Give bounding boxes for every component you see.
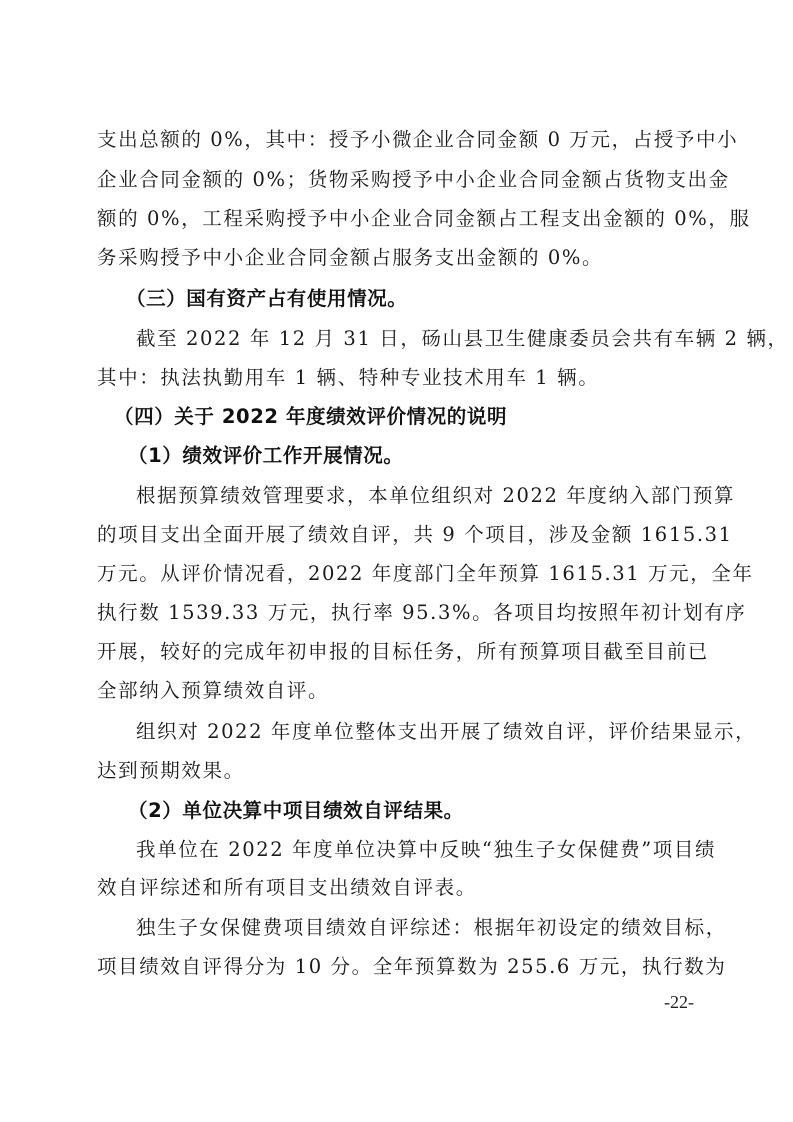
- body-text-line: 我单位在 2022 年度单位决算中反映“独生子女保健费”项目绩: [136, 837, 713, 863]
- body-text-line: 额的 0%，工程采购授予中小企业合同金额占工程支出金额的 0%，服: [97, 206, 713, 232]
- document-page: 支出总额的 0%，其中：授予小微企业合同金额 0 万元，占授予中小 企业合同金额…: [0, 0, 793, 1122]
- body-text-line: 企业合同金额的 0%；货物采购授予中小企业合同金额占货物支出金: [97, 167, 713, 193]
- body-text-line: 务采购授予中小企业合同金额占服务支出金额的 0%。: [97, 245, 713, 271]
- subsection-heading-2: （2）单位决算中项目绩效自评结果。: [128, 798, 744, 824]
- body-text-line: 根据预算绩效管理要求，本单位组织对 2022 年度纳入部门预算: [136, 483, 713, 509]
- body-text-line: 效自评综述和所有项目支出绩效自评表。: [97, 875, 713, 901]
- body-text-line: 独生子女保健费项目绩效自评综述：根据年初设定的绩效目标，: [136, 915, 713, 941]
- body-text-line: 开展，较好的完成年初申报的目标任务，所有预算项目截至目前已: [97, 639, 713, 665]
- section-heading-4: （四）关于 2022 年度绩效评价情况的说明: [114, 404, 730, 430]
- subsection-heading-1: （1）绩效评价工作开展情况。: [128, 443, 744, 469]
- body-text-line: 执行数 1539.33 万元，执行率 95.3%。各项目均按照年初计划有序: [97, 600, 713, 626]
- body-text-line: 万元。从评价情况看，2022 年度部门全年预算 1615.31 万元，全年: [97, 561, 713, 587]
- page-number: -22-: [664, 992, 694, 1013]
- body-text-line: 组织对 2022 年度单位整体支出开展了绩效自评，评价结果显示，: [136, 719, 713, 745]
- body-text-line: 截至 2022 年 12 月 31 日，砀山县卫生健康委员会共有车辆 2 辆，: [136, 326, 713, 352]
- body-text-line: 支出总额的 0%，其中：授予小微企业合同金额 0 万元，占授予中小: [97, 127, 713, 153]
- section-heading-3: （三）国有资产占有使用情况。: [126, 286, 742, 312]
- body-text-line: 其中：执法执勤用车 1 辆、特种专业技术用车 1 辆。: [97, 365, 713, 391]
- body-text-line: 项目绩效自评得分为 10 分。全年预算数为 255.6 万元，执行数为: [97, 954, 713, 980]
- body-text-line: 达到预期效果。: [97, 758, 713, 784]
- body-text-line: 全部纳入预算绩效自评。: [97, 678, 713, 704]
- body-text-line: 的项目支出全面开展了绩效自评，共 9 个项目，涉及金额 1615.31: [97, 522, 713, 548]
